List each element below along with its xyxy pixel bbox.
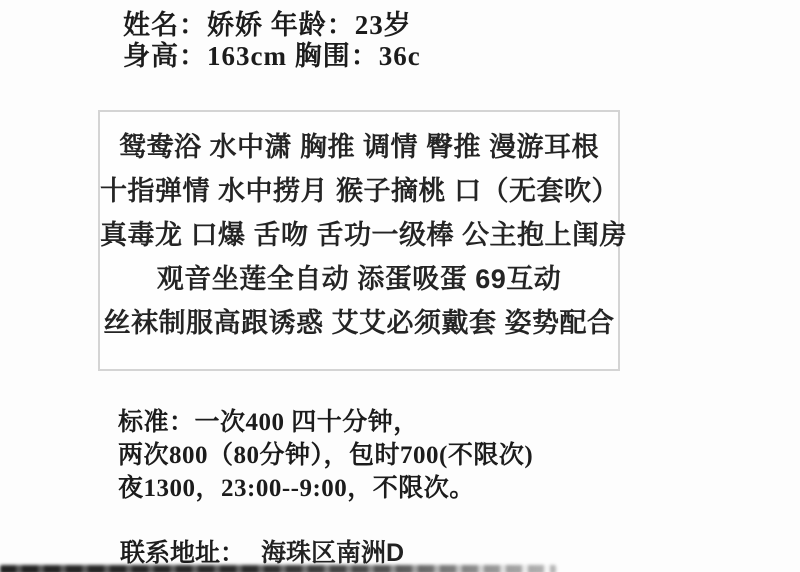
ad-document: 姓名：娇娇 年龄：23岁 身高：163cm 胸围：36c 鸳鸯浴 水中潇 胸推 … xyxy=(0,0,800,572)
profile-name-age-line: 姓名：娇娇 年龄：23岁 xyxy=(123,10,421,41)
profile-height-bust-line: 身高：163cm 胸围：36c xyxy=(123,41,421,72)
services-line-3: 真毒龙 口爆 舌吻 舌功一级棒 公主抱上闺房 xyxy=(100,213,618,257)
pricing-line-1: 标准：一次400 四十分钟， xyxy=(118,406,533,439)
cutoff-text-band xyxy=(0,565,556,572)
services-line-1: 鸳鸯浴 水中潇 胸推 调情 臀推 漫游耳根 xyxy=(100,125,618,169)
pricing-line-3: 夜1300，23:00--9:00，不限次。 xyxy=(118,472,533,505)
profile-info: 姓名：娇娇 年龄：23岁 身高：163cm 胸围：36c xyxy=(123,10,421,72)
pricing-line-2: 两次800（80分钟），包时700(不限次) xyxy=(118,439,533,472)
services-box: 鸳鸯浴 水中潇 胸推 调情 臀推 漫游耳根 十指弹情 水中捞月 猴子摘桃 口（无… xyxy=(98,110,620,371)
services-line-4: 观音坐莲全自动 添蛋吸蛋 69互动 xyxy=(100,257,618,301)
contact-label: 联系地址： xyxy=(120,540,245,567)
pricing-info: 标准：一次400 四十分钟， 两次800（80分钟），包时700(不限次) 夜1… xyxy=(118,406,533,505)
services-line-2: 十指弹情 水中捞月 猴子摘桃 口（无套吹） xyxy=(100,169,618,213)
services-line-5: 丝袜制服高跟诱惑 艾艾必须戴套 姿势配合 xyxy=(100,301,618,345)
contact-value: 海珠区南洲D xyxy=(261,539,404,567)
contact-info: 联系地址：海珠区南洲D xyxy=(120,533,404,569)
